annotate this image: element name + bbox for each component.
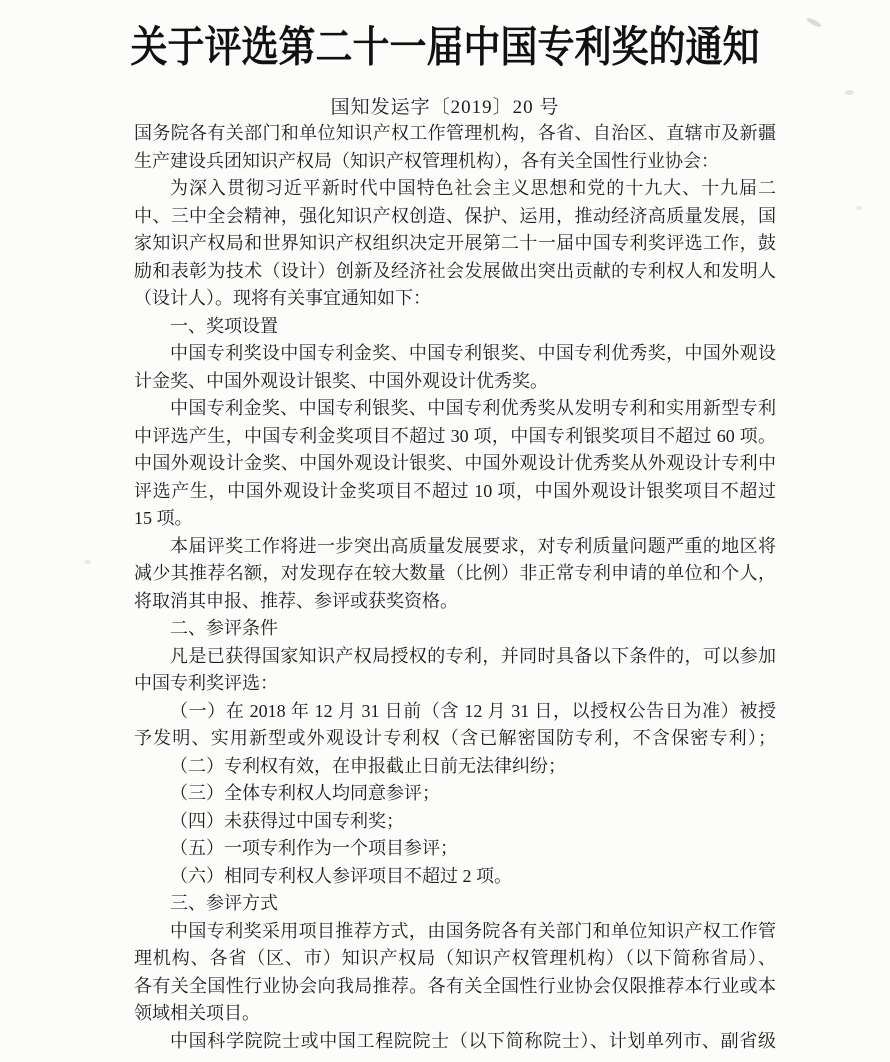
text-line: 国务院各有关部门和单位知识产权工作管理机构，各省、自治区、直辖市及新疆 — [134, 120, 776, 148]
text-line: （四）未获得过中国专利奖； — [134, 808, 776, 836]
text-line: 计金奖、中国外观设计银奖、中国外观设计优秀奖。 — [134, 368, 776, 396]
text-line: （三）全体专利权人均同意参评； — [134, 780, 776, 808]
document-number: 国知发运字〔2019〕20 号 — [0, 92, 890, 119]
scan-artifact — [84, 560, 91, 564]
text-line: （设计人）。现将有关事宜通知如下： — [134, 285, 776, 313]
text-line: 凡是已获得国家知识产权局授权的专利，并同时具备以下条件的，可以参加 — [134, 643, 776, 671]
text-line: 将取消其申报、推荐、参评或获奖资格。 — [134, 588, 776, 616]
text-line: 励和表彰为技术（设计）创新及经济社会发展做出突出贡献的专利权人和发明人 — [134, 258, 776, 286]
text-line: 家知识产权局和世界知识产权组织决定开展第二十一届中国专利奖评选工作，鼓 — [134, 230, 776, 258]
document-body: 国务院各有关部门和单位知识产权工作管理机构，各省、自治区、直辖市及新疆生产建设兵… — [134, 120, 776, 1055]
text-line: 予发明、实用新型或外观设计专利权（含已解密国防专利，不含保密专利）； — [134, 725, 776, 753]
scan-artifact — [856, 206, 862, 210]
text-line: 生产建设兵团知识产权局（知识产权管理机构），各有关全国性行业协会： — [134, 148, 776, 176]
text-line: 中国专利奖采用项目推荐方式，由国务院各有关部门和单位知识产权工作管 — [134, 918, 776, 946]
text-line: 中国科学院院士或中国工程院院士（以下简称院士）、计划单列市、副省级 — [134, 1028, 776, 1056]
text-line: 为深入贯彻习近平新时代中国特色社会主义思想和党的十九大、十九届二 — [134, 175, 776, 203]
text-line: 15 项。 — [134, 505, 776, 533]
text-line: 理机构、各省（区、市）知识产权局（知识产权管理机构）（以下简称省局）、 — [134, 945, 776, 973]
text-line: （五）一项专利作为一个项目参评； — [134, 835, 776, 863]
document-title: 关于评选第二十一届中国专利奖的通知 — [0, 12, 890, 74]
document-page: 关于评选第二十一届中国专利奖的通知 国知发运字〔2019〕20 号 国务院各有关… — [0, 0, 890, 1062]
text-line: 中国专利金奖、中国专利银奖、中国专利优秀奖从发明专利和实用新型专利 — [134, 395, 776, 423]
text-line: 三、参评方式 — [134, 890, 776, 918]
text-line: 中国外观设计金奖、中国外观设计银奖、中国外观设计优秀奖从外观设计专利中 — [134, 450, 776, 478]
text-line: 中评选产生，中国专利金奖项目不超过 30 项，中国专利银奖项目不超过 60 项。 — [134, 423, 776, 451]
text-line: （一）在 2018 年 12 月 31 日前（含 12 月 31 日，以授权公告… — [134, 698, 776, 726]
text-line: 本届评奖工作将进一步突出高质量发展要求，对专利质量问题严重的地区将 — [134, 533, 776, 561]
text-line: 一、奖项设置 — [134, 313, 776, 341]
text-line: 中国专利奖设中国专利金奖、中国专利银奖、中国专利优秀奖，中国外观设 — [134, 340, 776, 368]
text-line: 中、三中全会精神，强化知识产权创造、保护、运用，推动经济高质量发展，国 — [134, 203, 776, 231]
text-line: 领域相关项目。 — [134, 1000, 776, 1028]
text-line: 评选产生，中国外观设计金奖项目不超过 10 项，中国外观设计银奖项目不超过 — [134, 478, 776, 506]
text-line: 各有关全国性行业协会向我局推荐。各有关全国性行业协会仅限推荐本行业或本 — [134, 973, 776, 1001]
text-line: 减少其推荐名额，对发现存在较大数量（比例）非正常专利申请的单位和个人， — [134, 560, 776, 588]
text-line: 二、参评条件 — [134, 615, 776, 643]
text-line: （二）专利权有效，在申报截止日前无法律纠纷； — [134, 753, 776, 781]
text-line: （六）相同专利权人参评项目不超过 2 项。 — [134, 863, 776, 891]
text-line: 中国专利奖评选： — [134, 670, 776, 698]
